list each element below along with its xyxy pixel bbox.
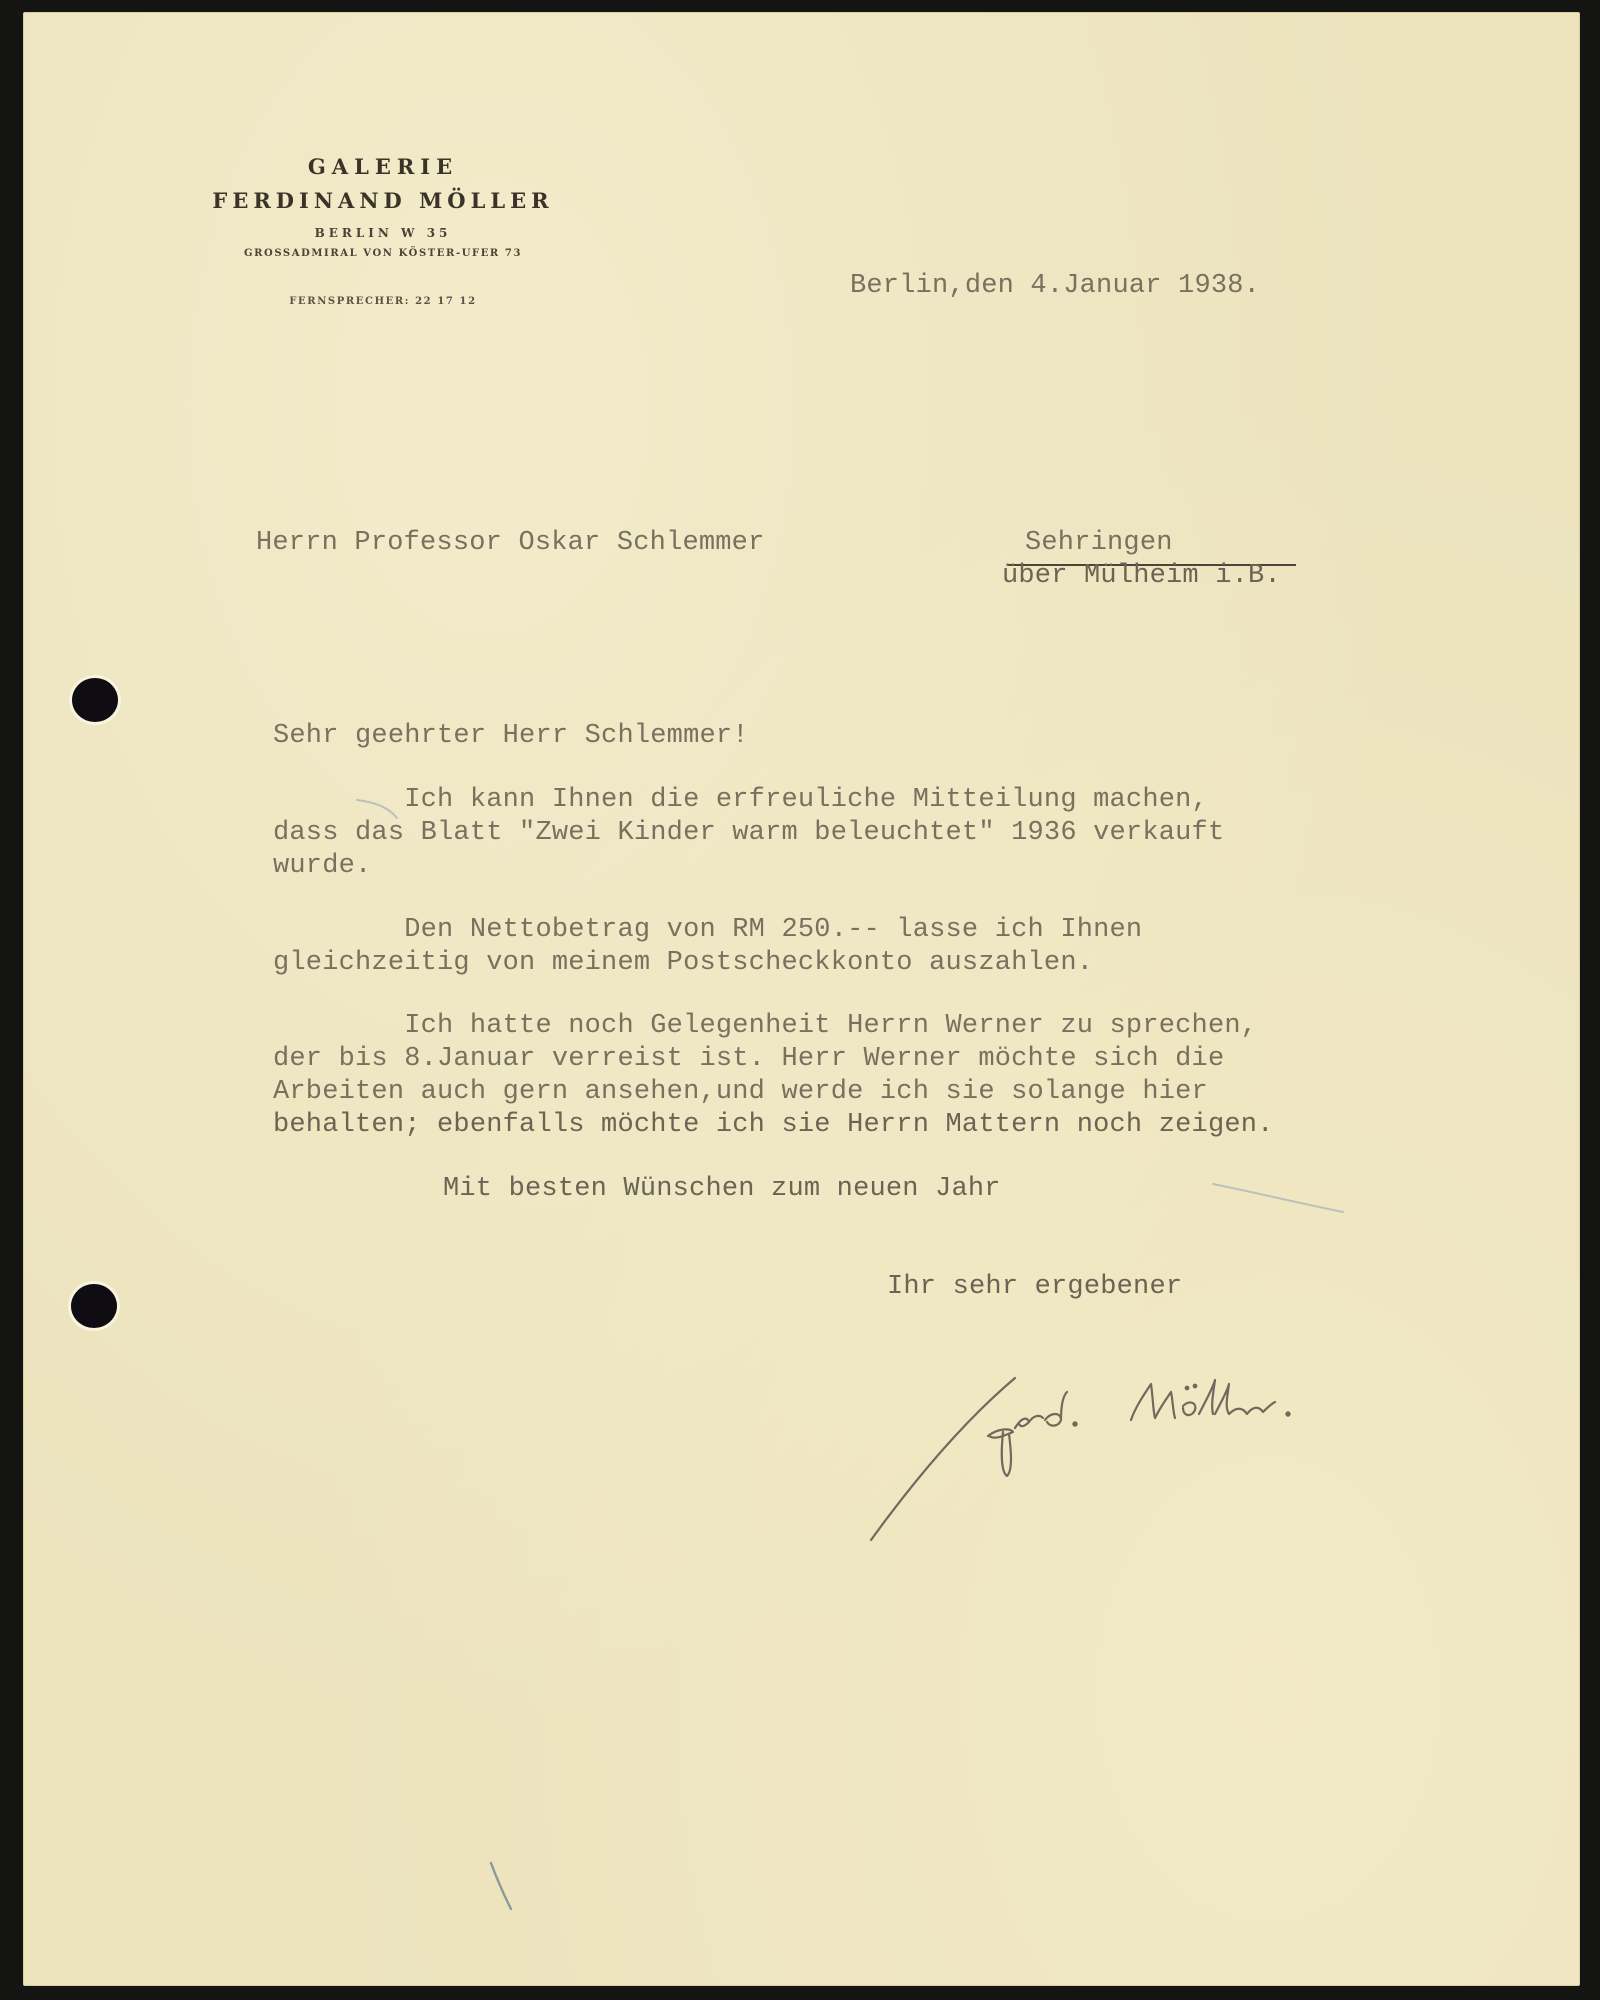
valediction: Ihr sehr ergebener (887, 1271, 1182, 1304)
letter-page: GALERIE FERDINAND MÖLLER BERLIN W 35 GRO… (23, 12, 1580, 1986)
letterhead: GALERIE FERDINAND MÖLLER BERLIN W 35 GRO… (173, 152, 593, 322)
date-line: Berlin,den 4.Januar 1938. (850, 270, 1260, 303)
punch-hole-top (72, 678, 118, 722)
body-line: gleichzeitig von meinem Postscheckkonto … (273, 947, 1093, 980)
letterhead-phone: FERNSPRECHER: 22 17 12 (173, 296, 593, 307)
stray-pen-mark (353, 792, 413, 832)
punch-hole-bottom (71, 1284, 117, 1328)
body-line: wurde. (273, 850, 371, 883)
letterhead-city: BERLIN W 35 (173, 226, 593, 240)
letterhead-address: GROSSADMIRAL VON KÖSTER-UFER 73 (173, 248, 593, 259)
letterhead-owner: FERDINAND MÖLLER (173, 188, 593, 213)
recipient-name: Herrn Professor Oskar Schlemmer (256, 527, 764, 560)
letterhead-gallery: GALERIE (173, 154, 593, 179)
body-line: Ich kann Ihnen die erfreuliche Mitteilun… (273, 784, 1208, 817)
salutation: Sehr geehrter Herr Schlemmer! (273, 720, 749, 753)
body-line: dass das Blatt "Zwei Kinder warm beleuch… (273, 817, 1224, 850)
body-line: der bis 8.Januar verreist ist. Herr Wern… (273, 1043, 1224, 1076)
body-line: Ich hatte noch Gelegenheit Herrn Werner … (273, 1010, 1257, 1043)
recipient-place: Sehringen (1025, 527, 1173, 560)
stray-pen-mark (483, 1857, 523, 1917)
body-line: behalten; ebenfalls möchte ich sie Herrn… (273, 1109, 1274, 1142)
stray-pen-mark (1203, 1172, 1353, 1222)
body-line: Arbeiten auch gern ansehen,und werde ich… (273, 1076, 1208, 1109)
closing-wish: Mit besten Wünschen zum neuen Jahr (443, 1173, 1001, 1206)
body-line: Den Nettobetrag von RM 250.-- lasse ich … (273, 914, 1142, 947)
handwritten-signature (863, 1362, 1313, 1552)
recipient-place-detail: über Mülheim i.B. (1002, 560, 1281, 593)
